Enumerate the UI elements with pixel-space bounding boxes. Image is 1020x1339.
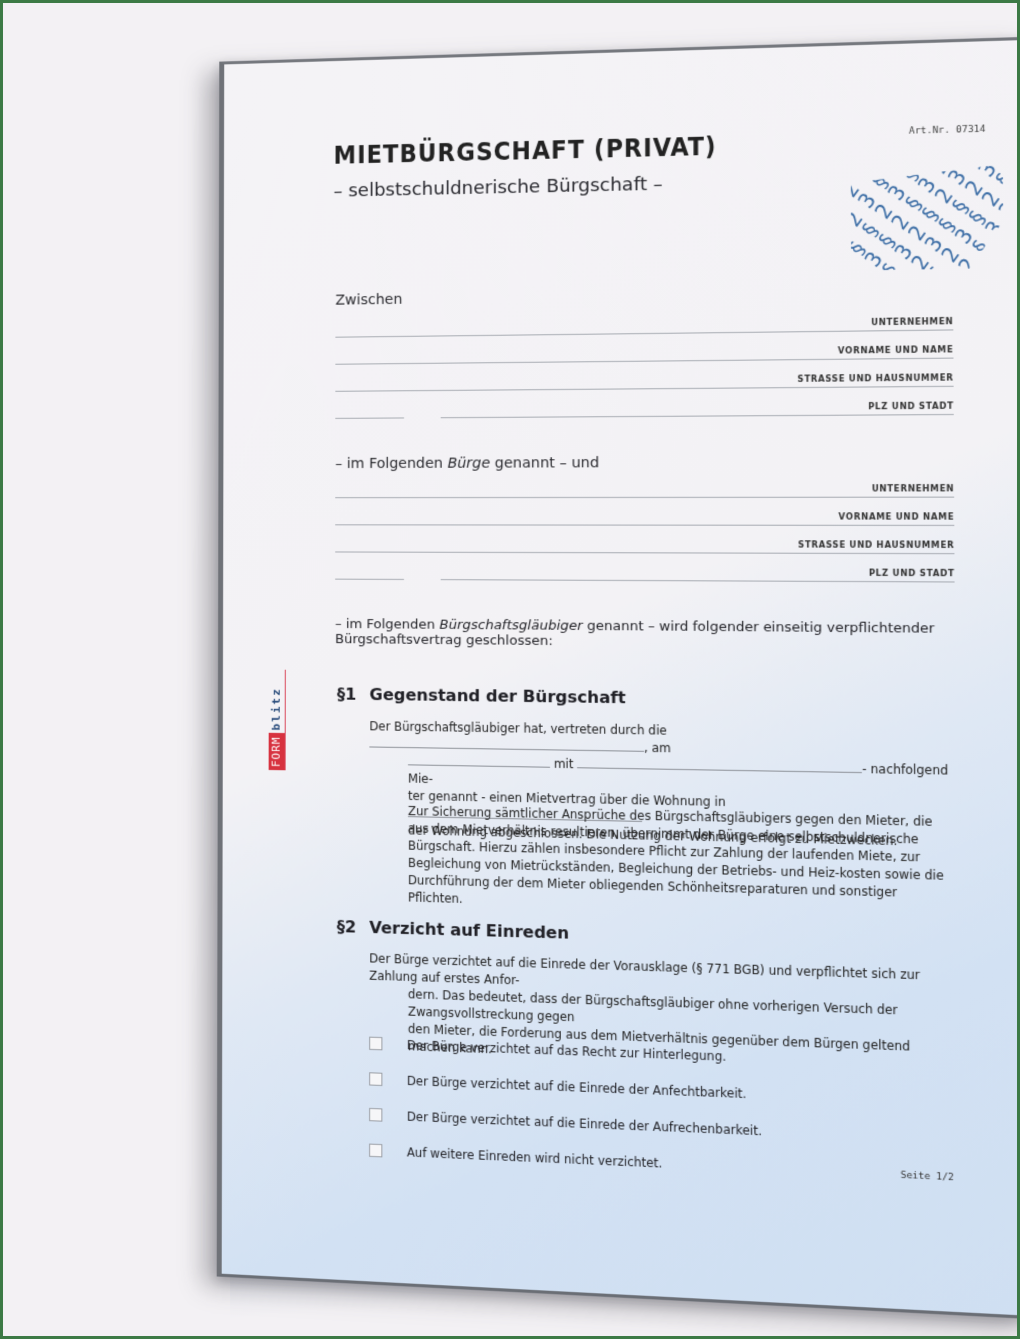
section1-heading: §1Gegenstand der Bürgschaft — [337, 684, 626, 707]
representative-blank[interactable] — [369, 735, 644, 752]
party2-role-text: – im Folgenden Bürgschaftsgläubiger gena… — [335, 617, 1020, 654]
document-subtitle: – selbstschuldnerische Bürgschaft – — [334, 173, 663, 201]
party2-city-field[interactable]: PLZ UND STADT — [335, 554, 954, 584]
paragraph-symbol-icon: § 2 3 § § 2 3 § 2 § 3 2 § 2 3 § § § 2 3 … — [851, 101, 1004, 270]
section2-heading: §2Verzicht auf Einreden — [337, 917, 569, 943]
party2-name-field[interactable]: VORNAME UND NAME — [335, 500, 954, 528]
party2-zip-line[interactable] — [335, 579, 404, 580]
checkbox[interactable] — [369, 1037, 382, 1051]
waiver-options: Der Bürge verzichtet auf das Recht zur H… — [369, 1025, 940, 1193]
party2-fields: UNTERNEHMEN VORNAME UND NAME STRASSE UND… — [335, 471, 954, 584]
party1-city-line[interactable] — [441, 414, 954, 418]
intro-label: Zwischen — [335, 292, 402, 309]
brand-blitz: blitz — [269, 684, 285, 734]
document-title: MIETBÜRGSCHAFT (PRIVAT) — [334, 131, 717, 170]
party2-street-field[interactable]: STRASSE UND HAUSNUMMER — [335, 527, 954, 556]
checkbox[interactable] — [369, 1072, 382, 1086]
party1-fields: UNTERNEHMEN VORNAME UND NAME STRASSE UND… — [335, 304, 953, 421]
paragraph-pattern-decoration: § 2 3 § § 2 3 § 2 § 3 2 § 2 3 § § § 2 3 … — [851, 101, 1004, 270]
brand-form: FORM — [269, 733, 285, 770]
date-blank[interactable] — [408, 753, 550, 768]
party1-role-text: – im Folgenden Bürge genannt – und — [335, 455, 599, 472]
checkbox[interactable] — [369, 1108, 382, 1122]
document-page: MIETBÜRGSCHAFT (PRIVAT) – selbstschuldne… — [217, 37, 1020, 1320]
section1-paragraph2: Zur Sicherung sämtlicher Ansprüche des B… — [408, 803, 959, 921]
party1-city-field[interactable]: PLZ UND STADT — [335, 389, 953, 421]
party2-city-line[interactable] — [441, 579, 955, 582]
party1-zip-line[interactable] — [335, 417, 404, 418]
formblitz-logo: FORM blitz — [269, 670, 286, 771]
checkbox[interactable] — [369, 1144, 382, 1158]
party2-company-field[interactable]: UNTERNEHMEN — [335, 471, 954, 500]
